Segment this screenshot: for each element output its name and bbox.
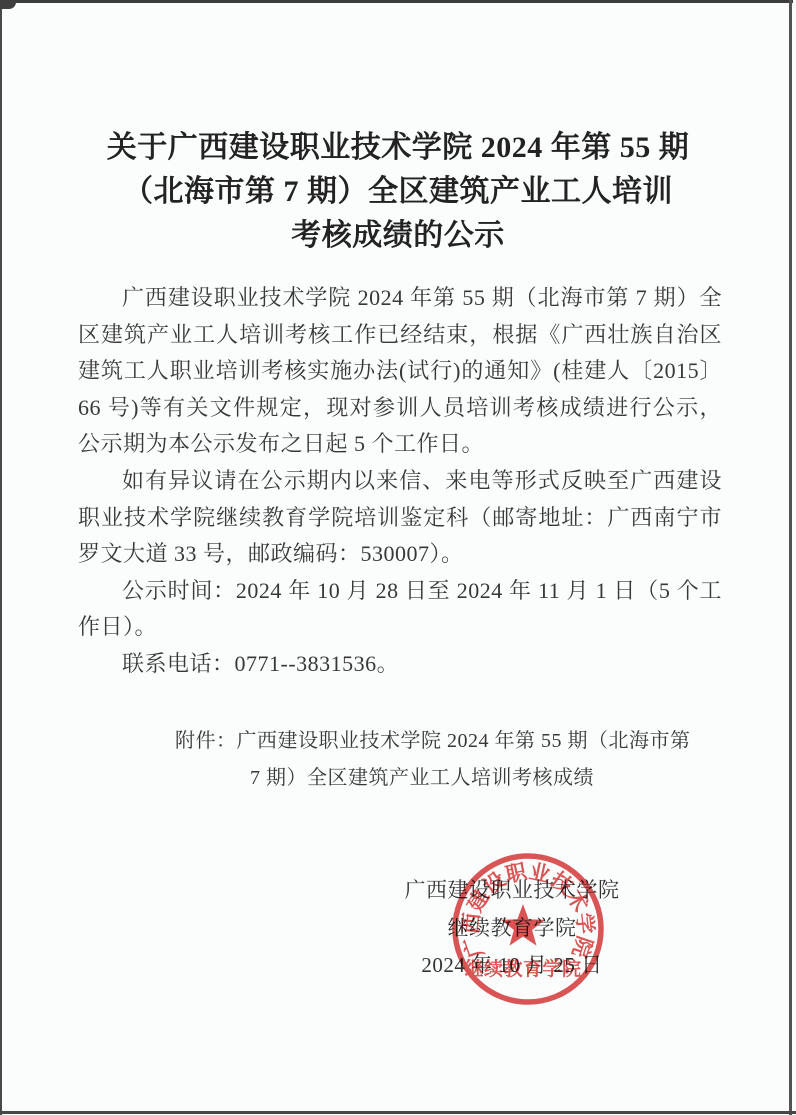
notice-document-page: 关于广西建设职业技术学院 2024 年第 55 期 （北海市第 7 期）全区建筑… (0, 0, 796, 1115)
notice-title: 关于广西建设职业技术学院 2024 年第 55 期 （北海市第 7 期）全区建筑… (40, 126, 756, 258)
page-left-edge (0, 0, 2, 1115)
paragraph-announcement: 广西建设职业技术学院 2024 年第 55 期（北海市第 7 期）全区建筑产业工… (78, 280, 722, 463)
paragraph-phone: 联系电话：0771--3831536。 (78, 646, 722, 683)
notice-body: 广西建设职业技术学院 2024 年第 55 期（北海市第 7 期）全区建筑产业工… (78, 280, 722, 683)
notice-title-line-3: 考核成绩的公示 (40, 214, 756, 258)
paragraph-publicity-period: 公示时间：2024 年 10 月 28 日至 2024 年 11 月 1 日（5… (78, 573, 722, 646)
seal-bottom-text: 继续教育学院 (464, 957, 581, 980)
attachment-note: 附件：广西建设职业技术学院 2024 年第 55 期（北海市第 7 期）全区建筑… (78, 723, 736, 796)
page-bottom-edge (0, 1111, 796, 1114)
attachment-line-1: 附件：广西建设职业技术学院 2024 年第 55 期（北海市第 (78, 723, 736, 760)
notice-title-line-1: 关于广西建设职业技术学院 2024 年第 55 期 (40, 126, 756, 170)
official-seal-stamp: 广西建设职业技术学院 继续教育学院 (448, 849, 608, 1009)
scan-corner-smudge (0, 0, 16, 9)
page-right-edge (789, 0, 792, 1115)
page-top-edge (0, 0, 793, 3)
attachment-line-2: 7 期）全区建筑产业工人培训考核成绩 (78, 760, 736, 797)
notice-title-line-2: （北海市第 7 期）全区建筑产业工人培训 (40, 170, 756, 214)
star-icon (501, 904, 545, 946)
paragraph-objection-contact: 如有异议请在公示期内以来信、来电等形式反映至广西建设职业技术学院继续教育学院培训… (78, 463, 722, 573)
